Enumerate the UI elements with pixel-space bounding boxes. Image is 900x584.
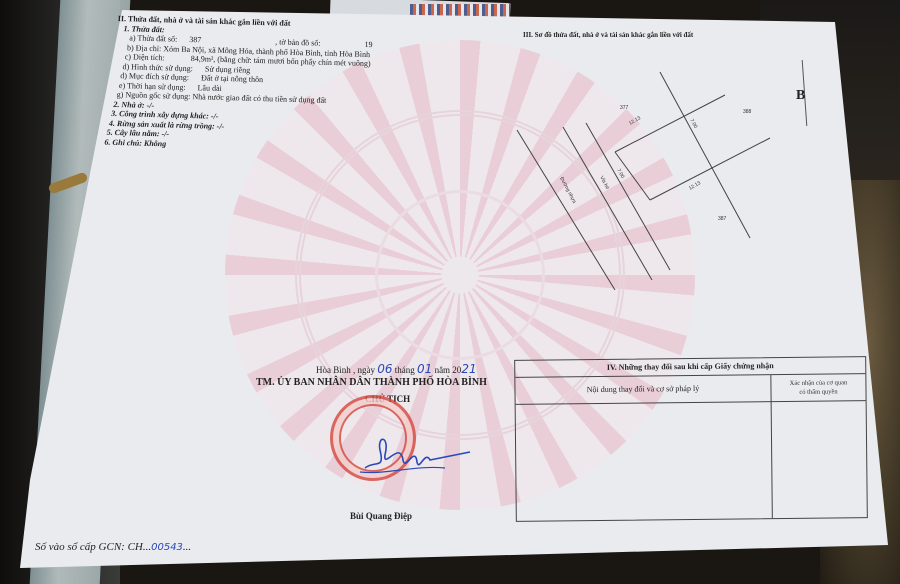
date-month: 01 — [417, 362, 432, 376]
label-side-top: 12.13 — [628, 115, 642, 127]
label-neighbor-right: 388 — [743, 109, 752, 115]
date-year-label: năm 20 — [435, 365, 462, 375]
handwritten-signature — [355, 430, 475, 480]
parcel-bottom-edge — [650, 138, 770, 200]
section3-title: III. Sơ đồ thửa đất, nhà ở và tài sản kh… — [523, 31, 693, 41]
changes-table: IV. Những thay đổi sau khi cấp Giấy chứn… — [514, 356, 868, 522]
address-label: b) Địa chỉ: — [127, 43, 161, 53]
road-line-inner — [563, 127, 652, 280]
registration-value: 00543 — [151, 542, 183, 553]
label-sidewalk: Vỉa hè — [598, 175, 611, 191]
date-day: 06 — [377, 362, 392, 376]
label-neighbor-top: 377 — [620, 105, 629, 111]
parcel-diagram: 377 388 387 12.13 12.13 7.00 7.00 Vỉa hè… — [480, 60, 860, 290]
registration-number: Số vào sổ cấp GCN: CH...00543... — [35, 543, 191, 553]
map-sheet-number: 19 — [364, 40, 372, 49]
parcel-number: 387 — [189, 35, 201, 44]
column-authority-line2: có thẩm quyền — [771, 387, 865, 397]
label-neighbor-bottom: 387 — [718, 216, 727, 222]
date-year-suffix: 21 — [461, 362, 476, 376]
date-month-label: tháng — [395, 365, 415, 375]
changes-table-header: Nội dung thay đổi và cơ sở pháp lý Xác n… — [515, 374, 865, 405]
date-place: Hòa Bình , ngày — [316, 365, 375, 375]
area-label: c) Diện tích: — [125, 52, 165, 62]
section-land-info: II. Thửa đất, nhà ở và tài sản khác gắn … — [114, 14, 373, 154]
signer-name: Bùi Quang Điệp — [350, 512, 412, 522]
registration-label: Số vào sổ cấp GCN: CH... — [35, 541, 151, 553]
road-line-outer — [517, 130, 615, 290]
issuing-organization: TM. ỦY BAN NHÂN DÂN THÀNH PHỐ HÒA BÌNH — [256, 378, 487, 388]
term-value: Lâu dài — [198, 83, 222, 93]
column-change-content: Nội dung thay đổi và cơ sở pháp lý — [515, 375, 770, 404]
registration-suffix: ... — [183, 541, 191, 553]
label-side-bottom: 12.13 — [688, 180, 702, 192]
issue-date: Hòa Bình , ngày 06 tháng 01 năm 2021 — [316, 365, 477, 376]
label-road: Đường nhựa — [558, 176, 577, 205]
column-authority-confirmation: Xác nhận của cơ quan có thẩm quyền — [771, 374, 865, 405]
